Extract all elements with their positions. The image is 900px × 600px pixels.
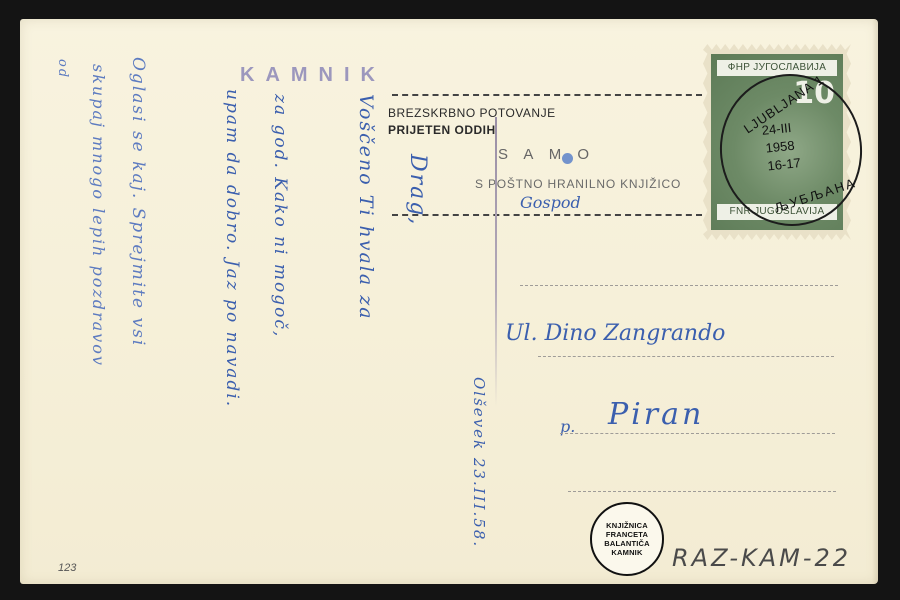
postmark-date: 24-III (761, 120, 792, 138)
slogan-top-rule (392, 94, 702, 96)
library-seal: KNJIŽNICA FRANCETA BALANTIČA KAMNIK (590, 502, 664, 576)
seal-line-3: BALANTIČA (604, 539, 650, 548)
seal-line-2: FRANCETA (606, 530, 648, 539)
address-salutation: Gospod (520, 193, 581, 212)
message-line-3: upam da dobro. Jaz po navadi. (222, 89, 242, 408)
seal-line-4: KAMNIK (611, 548, 642, 557)
message-place-date: Olševek 23.III.58. (470, 377, 488, 548)
slogan-line-3: S A M O (498, 146, 595, 163)
page-number: 123 (58, 562, 76, 574)
archive-code: RAZ-KAM-22 (672, 544, 851, 572)
seal-line-1: KNJIŽNICA (606, 521, 648, 530)
address-street: Ul. Dino Zangrando (505, 321, 725, 346)
message-line-2: za god. Kako ni mogoč, (270, 94, 290, 338)
slogan-line-4: S POŠTNO HRANILNO KNJIŽICO (475, 177, 681, 191)
address-line-2 (538, 356, 834, 357)
message-line-6: od (55, 59, 70, 79)
ink-blot (562, 153, 573, 164)
postcard-back: KAMNIK BREZSKRBNO POTOVANJE PRIJETEN ODD… (20, 19, 878, 584)
slogan-line-2: PRIJETEN ODDIH (388, 123, 496, 137)
slogan-line-1: BREZSKRBNO POTOVANJE (388, 106, 556, 120)
postmark-year: 1958 (765, 138, 795, 156)
message-line-1: Voščeno Ti hvala za (355, 94, 377, 321)
kamnik-cancel-stamp: KAMNIK (240, 64, 386, 87)
address-line-4 (568, 491, 836, 492)
message-greeting: Drag, (405, 154, 430, 226)
address-line-3 (560, 433, 835, 434)
address-line-1 (520, 285, 838, 286)
message-line-5: skupaj mnogo lepih pozdravov (89, 64, 108, 367)
postmark-time: 16-17 (767, 155, 802, 173)
message-line-4: Oglasi se kaj. Sprejmite vsi (128, 57, 148, 347)
address-town: Piran (608, 397, 704, 432)
slogan-bottom-rule (392, 214, 702, 216)
card-divider-line (495, 117, 497, 407)
